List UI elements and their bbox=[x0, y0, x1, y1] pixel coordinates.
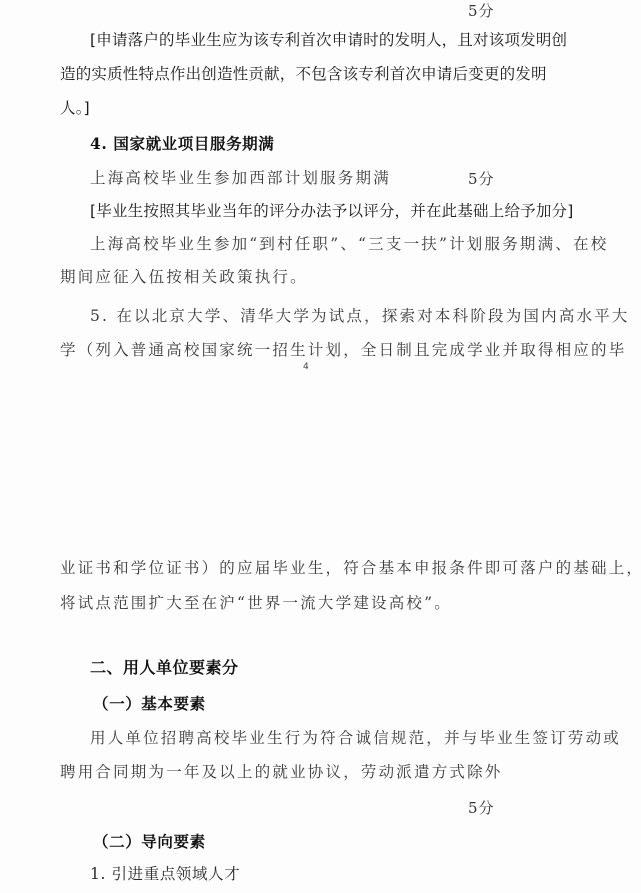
page-number: 4 bbox=[303, 362, 309, 372]
patent-note-line: [申请落户的毕业生应为该专利首次申请时的发明人，且对该项发明创 bbox=[90, 30, 567, 50]
item1-heading: 1. 引进重点领域人才 bbox=[90, 864, 240, 884]
score-label: 5分 bbox=[468, 168, 495, 189]
score-label: 5分 bbox=[468, 797, 495, 818]
patent-note-line: 造的实质性特点作出创造性贡献，不包含该专利首次申请后变更的发明 bbox=[60, 64, 547, 84]
item4-heading: 4. 国家就业项目服务期满 bbox=[90, 134, 274, 154]
item4-para-line: 上海高校毕业生参加“到村任职”、“三支一扶”计划服务期满、在校 bbox=[90, 234, 608, 254]
sub1-para-line: 聘用合同期为一年及以上的就业协议，劳动派遣方式除外 bbox=[60, 762, 503, 782]
score-label: 5分 bbox=[468, 0, 495, 21]
item4-note: [毕业生按照其毕业当年的评分办法予以评分，并在此基础上给予加分] bbox=[90, 201, 574, 221]
item5-para-line: 5. 在以北京大学、清华大学为试点，探索对本科阶段为国内高水平大 bbox=[90, 306, 630, 326]
section-heading: 二、用人单位要素分 bbox=[90, 658, 239, 678]
item5-cont-line: 将试点范围扩大至在沪“世界一流大学建设高校”。 bbox=[60, 593, 452, 613]
item4-para-line: 期间应征入伍按相关政策执行。 bbox=[60, 267, 308, 287]
item5-cont-line: 业证书和学位证书）的应届毕业生，符合基本申报条件即可落户的基础上， bbox=[60, 558, 641, 578]
patent-note-line: 人。] bbox=[60, 98, 90, 118]
item4-line: 上海高校毕业生参加西部计划服务期满 bbox=[90, 168, 391, 188]
subsection-heading-guidance: （二）导向要素 bbox=[93, 832, 206, 852]
subsection-heading-basic: （一）基本要素 bbox=[93, 694, 206, 714]
item5-para-line: 学（列入普通高校国家统一招生计划，全日制且完成学业并取得相应的毕 bbox=[60, 340, 626, 360]
sub1-para-line: 用人单位招聘高校毕业生行为符合诚信规范，并与毕业生签订劳动或 bbox=[90, 728, 621, 748]
